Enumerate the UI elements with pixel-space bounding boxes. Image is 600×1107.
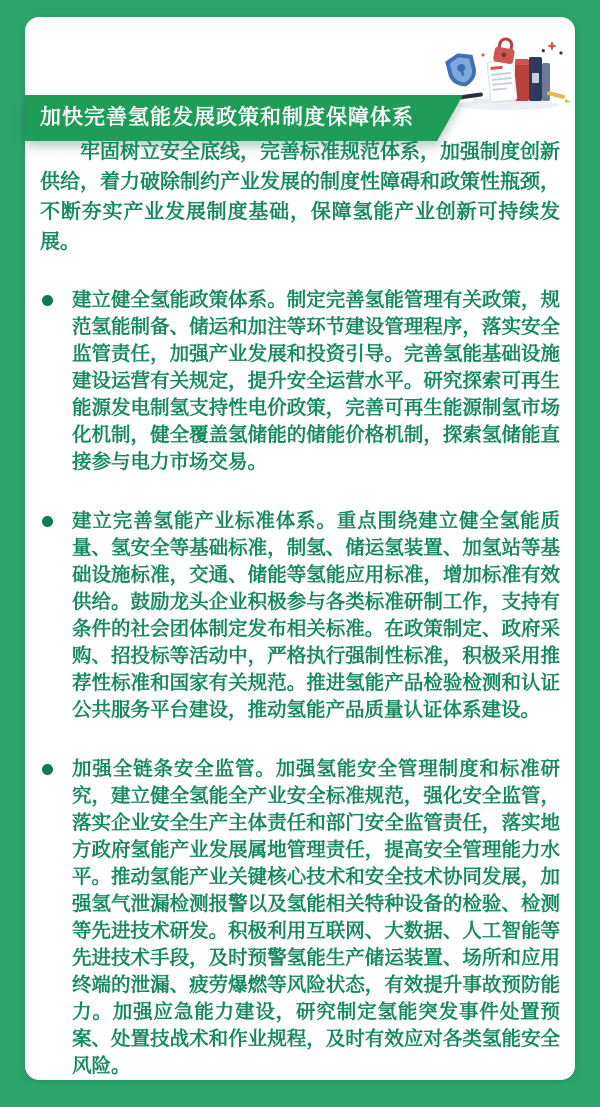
page-title: 加快完善氢能发展政策和制度保障体系	[25, 95, 463, 141]
infographic-page: 加快完善氢能发展政策和制度保障体系 牢固树立安全底线，完善标准规范体系，加强制度…	[0, 0, 600, 1107]
header-banner-shadow: 加快完善氢能发展政策和制度保障体系	[25, 56, 469, 102]
content-card: 加快完善氢能发展政策和制度保障体系 牢固树立安全底线，完善标准规范体系，加强制度…	[25, 17, 575, 1080]
bullet-item-policy-system: 建立健全氢能政策体系。制定完善氢能管理有关政策，规范氢能制备、储运和加注等环节建…	[40, 287, 560, 476]
intro-paragraph: 牢固树立安全底线，完善标准规范体系，加强制度创新供给，着力破除制约产业发展的制度…	[40, 137, 560, 257]
bullet-list: 建立健全氢能政策体系。制定完善氢能管理有关政策，规范氢能制备、储运和加注等环节建…	[40, 287, 560, 1080]
document-icon	[487, 60, 517, 102]
bullet-dot	[42, 516, 53, 527]
bullet-dot	[42, 764, 53, 775]
bullet-text: 建立完善氢能产业标准体系。重点围绕建立健全氢能质量、氢安全等基础标准，制氢、储运…	[72, 508, 560, 724]
bullet-item-standard-system: 建立完善氢能产业标准体系。重点围绕建立健全氢能质量、氢安全等基础标准，制氢、储运…	[40, 508, 560, 724]
bullet-dot	[42, 295, 53, 306]
sparkle-icon	[482, 41, 563, 57]
body-content: 牢固树立安全底线，完善标准规范体系，加强制度创新供给，着力破除制约产业发展的制度…	[40, 137, 560, 1080]
bullet-text: 加强全链条安全监管。加强氢能安全管理制度和标准研究，建立健全氢能全产业安全标准规…	[72, 756, 560, 1080]
bullet-text: 建立健全氢能政策体系。制定完善氢能管理有关政策，规范氢能制备、储运和加注等环节建…	[72, 287, 560, 476]
header-banner: 加快完善氢能发展政策和制度保障体系	[25, 95, 463, 141]
pencil-icon	[547, 91, 571, 104]
bullet-item-safety-supervision: 加强全链条安全监管。加强氢能安全管理制度和标准研究，建立健全氢能全产业安全标准规…	[40, 756, 560, 1080]
padlock-icon	[493, 37, 517, 64]
books-icon	[515, 57, 550, 101]
